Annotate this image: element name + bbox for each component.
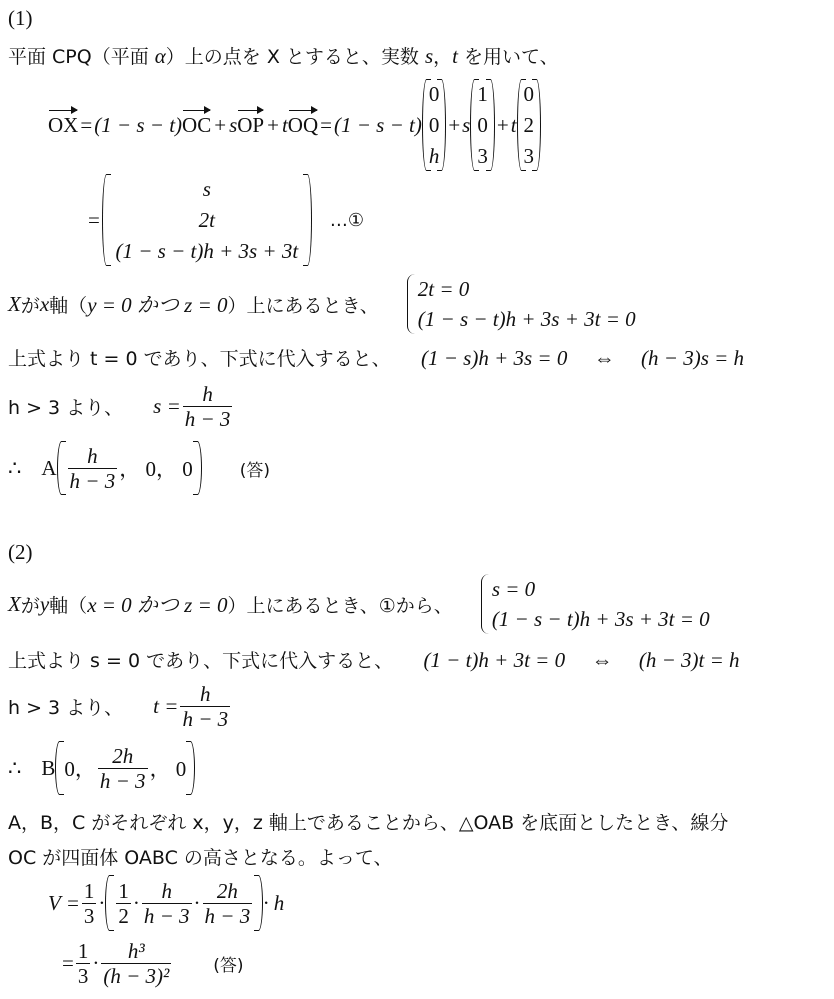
var-s: s [229, 113, 237, 138]
plus: + [448, 113, 460, 138]
point-label: B [41, 756, 55, 781]
equation-ref-1: …① [330, 210, 364, 231]
numerator: 2h [215, 879, 240, 903]
substitution-1: 上式より t = 0 であり、下式に代入すると、 (1 − s)h + 3s =… [8, 344, 744, 371]
iff-symbol: ⇔ [594, 346, 615, 370]
denominator: 3 [82, 903, 97, 928]
therefore-symbol: ∴ [8, 756, 21, 781]
text: が [21, 291, 40, 318]
part1-intro: 平面 CPQ（平面 α）上の点を X とすると、実数 s，t を用いて、 [8, 42, 559, 69]
system-line: (1 − s − t)h + 3s + 3t = 0 [492, 604, 710, 634]
vector-op: OP [237, 113, 264, 138]
var-X: X [8, 292, 21, 317]
equation: (1 − s)h + 3s = 0 [421, 346, 567, 370]
denominator: 3 [76, 963, 91, 988]
fraction: 2hh − 3 [98, 744, 148, 793]
iff-symbol: ⇔ [591, 648, 612, 672]
cell: s [203, 174, 211, 204]
fraction: h³(h − 3)² [101, 939, 171, 988]
var-s: s [462, 113, 470, 138]
condition: x = 0 かつ z = 0 [87, 589, 227, 619]
plus: + [497, 113, 509, 138]
fraction: hh − 3 [142, 879, 192, 928]
numerator: h [85, 444, 100, 468]
numerator: 1 [116, 879, 131, 903]
fraction: hh − 3 [183, 382, 233, 431]
fraction: 2hh − 3 [203, 879, 253, 928]
fraction: 13 [76, 939, 91, 988]
column-vector-c: 0 0 h [422, 79, 447, 171]
answer-b: ∴ B 0， 2hh − 3 ， 0 [8, 740, 195, 796]
lhs: t = [153, 694, 178, 719]
system-line: (1 − s − t)h + 3s + 3t = 0 [418, 304, 636, 334]
numerator: h [159, 879, 174, 903]
intro-text: 平面 CPQ（平面 [8, 46, 155, 68]
explanation-line-2: OC が四面体 OABC の高さとなる。よって、 [8, 843, 393, 870]
system-line: 2t = 0 [418, 274, 636, 304]
coord-first: 0， [64, 753, 96, 783]
text: 上式より t = 0 であり、下式に代入すると、 [8, 348, 391, 370]
text: h > 3 より、 [8, 693, 123, 720]
denominator: h − 3 [68, 468, 118, 493]
numerator: h [200, 382, 215, 406]
text: 上式より s = 0 であり、下式に代入すると、 [8, 650, 393, 672]
paren-group: 12 · hh − 3 · 2hh − 3 [105, 875, 263, 931]
var-s: s [425, 44, 433, 68]
text: が [21, 591, 40, 618]
equation: (h − 3)t = h [639, 648, 740, 672]
numerator: 1 [82, 879, 97, 903]
tail: · h [263, 891, 284, 916]
coef-1: (1 − s − t) [94, 113, 182, 138]
dot: · [133, 891, 140, 916]
plus: + [267, 113, 279, 138]
system-line: s = 0 [492, 574, 710, 604]
comma: ， [433, 46, 452, 68]
denominator: h − 3 [183, 406, 233, 431]
lhs: V = [48, 891, 80, 916]
axis-var: y [40, 592, 49, 617]
substitution-2: 上式より s = 0 であり、下式に代入すると、 (1 − t)h + 3t =… [8, 646, 740, 673]
vector-equation: OX = (1 − s − t) OC + s OP + t OQ = (1 −… [48, 78, 541, 172]
text: ）上にあるとき、 [228, 291, 379, 318]
column-vector-p: 1 0 3 [470, 79, 495, 171]
answer-mark: (答) [240, 456, 270, 481]
equation: (h − 3)s = h [641, 346, 744, 370]
result-vector: = s 2t (1 − s − t)h + 3s + 3t …① [88, 174, 364, 266]
text: 軸（ [49, 291, 87, 318]
denominator: h − 3 [98, 768, 148, 793]
dot: · [92, 951, 99, 976]
coef-2: (1 − s − t) [334, 113, 422, 138]
dot: · [194, 891, 201, 916]
denominator: h − 3 [203, 903, 253, 928]
lhs: s = [153, 394, 181, 419]
text: ）上にあるとき、①から、 [228, 591, 453, 618]
numerator: h³ [126, 939, 147, 963]
equation-system: 2t = 0 (1 − s − t)h + 3s + 3t = 0 [407, 274, 636, 334]
equation: (1 − t)h + 3t = 0 [423, 648, 565, 672]
volume-result: = 13 · h³(h − 3)² (答) [62, 934, 244, 992]
coordinates: 0， 2hh − 3 ， 0 [55, 741, 195, 795]
intro-text-post: を用いて、 [458, 46, 559, 68]
vector-oq: OQ [288, 113, 318, 138]
fraction: hh − 3 [180, 682, 230, 731]
condition: y = 0 かつ z = 0 [87, 289, 227, 319]
cell: 2t [199, 205, 215, 235]
denominator: h − 3 [142, 903, 192, 928]
fraction: 12 [116, 879, 131, 928]
denominator: h − 3 [180, 706, 230, 731]
numerator: 1 [76, 939, 91, 963]
fraction: 13 [82, 879, 97, 928]
denominator: (h − 3)² [101, 963, 171, 988]
text: h > 3 より、 [8, 393, 123, 420]
equals: = [88, 208, 100, 233]
vector-ox: OX [48, 113, 78, 138]
point-label: A [41, 456, 56, 481]
solve-s: h > 3 より、 s = hh − 3 [8, 380, 234, 432]
axis-var: x [40, 292, 49, 317]
explanation-line-1: A，B，C がそれぞれ x，y，z 軸上であることから、△OAB を底面としたと… [8, 808, 728, 835]
volume-equation: V = 13 · 12 · hh − 3 · 2hh − 3 · h [48, 874, 284, 932]
part2-label: (2) [8, 540, 33, 565]
x-axis-condition: Xが x 軸（y = 0 かつ z = 0）上にあるとき、 2t = 0 (1 … [8, 272, 636, 336]
equals: = [80, 113, 92, 138]
intro-text-mid: ）上の点を X とすると、実数 [166, 46, 425, 68]
cell: (1 − s − t)h + 3s + 3t [116, 236, 299, 266]
result-column-vector: s 2t (1 − s − t)h + 3s + 3t [102, 174, 312, 266]
equals: = [62, 951, 74, 976]
answer-a: ∴ A hh − 3 ， 0， 0 (答) [8, 440, 270, 496]
vector-oc: OC [182, 113, 211, 138]
alpha-symbol: α [155, 44, 166, 68]
dot: · [98, 891, 105, 916]
coords-rest: ， 0 [150, 753, 187, 783]
numerator: h [198, 682, 213, 706]
text: 軸（ [49, 591, 87, 618]
equation-system: s = 0 (1 − s − t)h + 3s + 3t = 0 [481, 574, 710, 634]
var-X: X [8, 592, 21, 617]
answer-mark: (答) [213, 951, 243, 976]
solve-t: h > 3 より、 t = hh − 3 [8, 680, 232, 732]
coords-rest: ， 0， 0 [119, 453, 193, 483]
coordinates: hh − 3 ， 0， 0 [57, 441, 202, 495]
plus: + [214, 113, 226, 138]
column-vector-q: 0 2 3 [517, 79, 542, 171]
fraction: hh − 3 [68, 444, 118, 493]
numerator: 2h [110, 744, 135, 768]
equals: = [320, 113, 332, 138]
y-axis-condition: Xが y 軸（x = 0 かつ z = 0）上にあるとき、①から、 s = 0 … [8, 572, 710, 636]
denominator: 2 [116, 903, 131, 928]
therefore-symbol: ∴ [8, 456, 21, 481]
part1-label: (1) [8, 6, 33, 31]
